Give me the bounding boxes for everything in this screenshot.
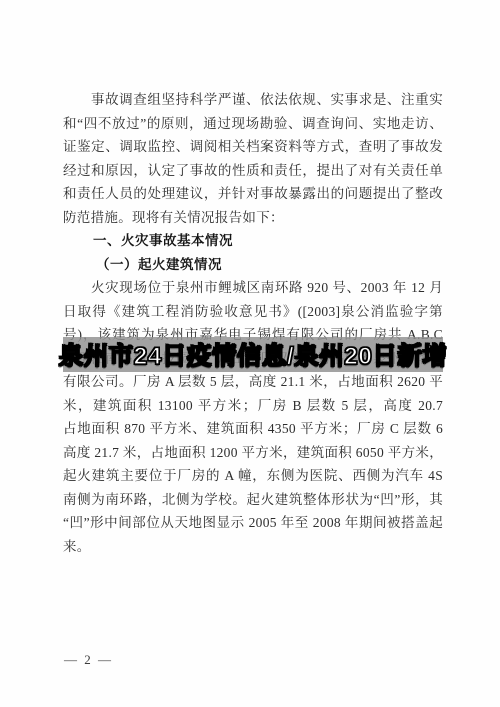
- building-paragraph-line: 起火建筑主要位于厂房的 A 幢，东侧为医院、西侧为汽车 4S 店、: [63, 464, 443, 488]
- building-paragraph-line: 南侧为南环路，北侧为学校。起火建筑整体形状为“凹”形，其中: [63, 488, 443, 512]
- document-text-column: 事故调查组坚持科学严谨、依法依规、实事求是、注重实效 和“四不放过”的原则，通过…: [63, 88, 443, 558]
- building-paragraph-line: 占地面积 870 平方米、建筑面积 4350 平方米；厂房 C 层数 6 层、: [63, 417, 443, 441]
- news-watermark-text: 泉州市24日疫情信息/泉州20日新增: [59, 337, 448, 372]
- news-watermark-banner: 泉州市24日疫情信息/泉州20日新增: [63, 337, 443, 372]
- building-paragraph-line: 日取得《建筑工程消防验收意见书》([2003]泉公消监验字第 231: [63, 300, 443, 324]
- building-paragraph-line: 有限公司。厂房 A 层数 5 层，高度 21.1 米，占地面积 2620 平方: [63, 370, 443, 394]
- building-paragraph-line: “凹”形中间部位从天地图显示 2005 年至 2008 年期间被搭盖起: [63, 511, 443, 535]
- section-heading: 一、火灾事故基本情况: [63, 229, 443, 253]
- intro-paragraph-line: 证鉴定、调取监控、调阅相关档案资料等方式，查明了事故发生: [63, 135, 443, 159]
- building-paragraph-line: 米，建筑面积 13100 平方米；厂房 B 层数 5 层，高度 20.7 米，: [63, 394, 443, 418]
- building-paragraph-line: 火灾现场位于泉州市鲤城区南环路 920 号、2003 年 12 月 9: [63, 276, 443, 300]
- scanned-document-page: 事故调查组坚持科学严谨、依法依规、实事求是、注重实效 和“四不放过”的原则，通过…: [0, 0, 500, 707]
- intro-paragraph-line: 和责任人员的处理建议，并针对事故暴露出的问题提出了整改和: [63, 182, 443, 206]
- intro-paragraph-line: 和“四不放过”的原则，通过现场勘验、调查询问、实地走访、物: [63, 112, 443, 136]
- intro-paragraph-line: 经过和原因，认定了事故的性质和责任，提出了对有关责任单位: [63, 159, 443, 183]
- building-paragraph-line: 高度 21.7 米，占地面积 1200 平方米，建筑面积 6050 平方米，: [63, 441, 443, 465]
- intro-paragraph-line: 事故调查组坚持科学严谨、依法依规、实事求是、注重实效: [63, 88, 443, 112]
- intro-paragraph-line: 防范措施。现将有关情况报告如下：: [63, 206, 443, 230]
- page-number: — 2 —: [64, 652, 113, 668]
- building-paragraph-line: 来。: [63, 535, 443, 559]
- subsection-heading: （一）起火建筑情况: [63, 253, 443, 277]
